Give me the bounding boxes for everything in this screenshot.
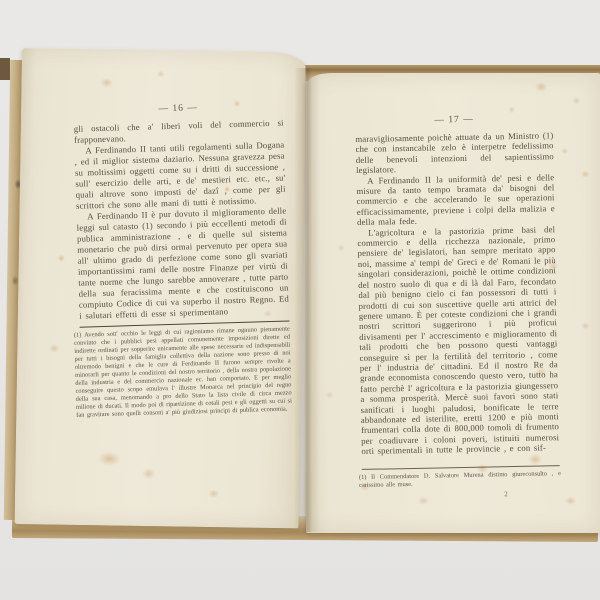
left-page-content: — 16 — gli ostacoli che a' liberi voli d… <box>73 101 292 420</box>
right-page: — 17 — maravigliosamente poichè attuate … <box>306 73 600 533</box>
page-number-16: — 16 — <box>73 101 283 117</box>
left-paragraph-2: A Ferdinando II tanti utili regolamenti … <box>74 140 286 212</box>
left-paragraph-3: A Ferdinando II è pur dovuto il migliora… <box>76 206 289 322</box>
left-footnote-text: (1) Avendo sott' occhio le leggi di cui … <box>74 326 293 420</box>
right-body-text: maravigliosamente poichè attuate da un M… <box>355 130 559 456</box>
book-photo: — 16 — gli ostacoli che a' liberi voli d… <box>0 0 600 600</box>
right-paragraph-1: maravigliosamente poichè attuate da un M… <box>355 130 554 175</box>
right-paragraph-3: L'agricoltura e la pastorizia prime basi… <box>357 224 559 457</box>
left-body-text: gli ostacoli che a' liberi voli del comm… <box>74 118 290 322</box>
signature-mark: 2 <box>362 489 560 502</box>
page-number-17: — 17 — <box>355 113 553 127</box>
book-cover-edge <box>0 58 10 80</box>
right-footnote-text: (1) Il Commendatore D. Salvatore Murena … <box>359 470 561 490</box>
left-page: — 16 — gli ostacoli che a' liberi voli d… <box>15 48 306 528</box>
right-footnote-rule <box>362 465 560 470</box>
gutter-shadow <box>294 68 320 532</box>
right-page-content: — 17 — maravigliosamente poichè attuate … <box>355 113 560 501</box>
right-paragraph-2: A Ferdinando II la uniformità de' pesi e… <box>356 172 555 228</box>
